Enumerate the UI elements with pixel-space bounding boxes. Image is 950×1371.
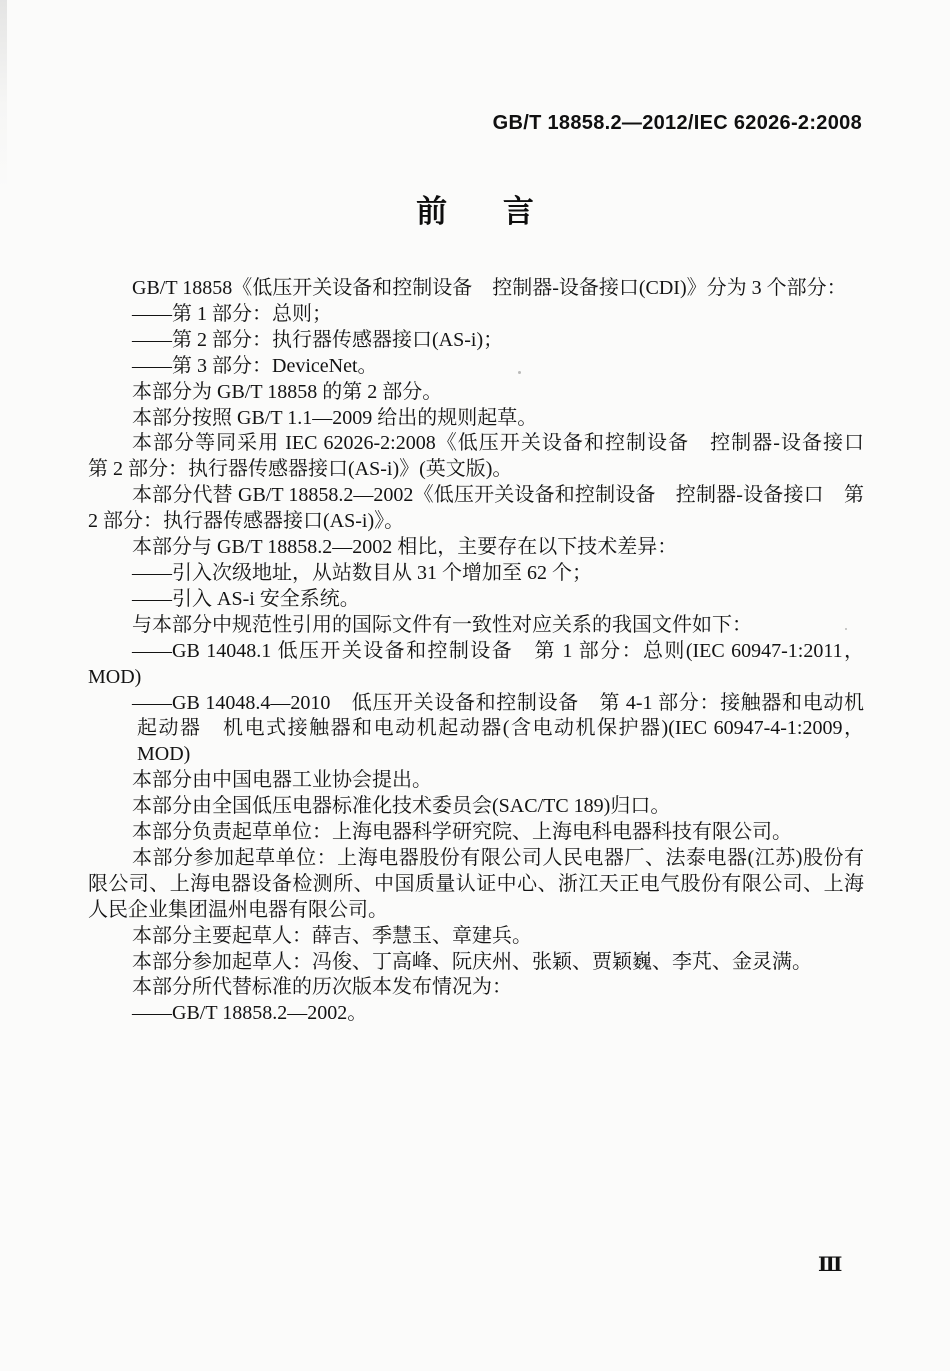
paragraph: 本部分为 GB/T 18858 的第 2 部分。: [88, 380, 864, 406]
scan-artifact: [0, 0, 7, 190]
paragraph: 本部分参加起草人：冯俊、丁高峰、阮庆州、张颖、贾颖巍、李芃、金灵满。: [88, 950, 864, 976]
foreword-title: 前言: [360, 186, 589, 231]
paragraph: ——引入次级地址，从站数目从 31 个增加至 62 个；: [88, 561, 864, 587]
paragraph: 本部分由全国低压电器标准化技术委员会(SAC/TC 189)归口。: [88, 794, 864, 820]
paragraph: ——第 2 部分：执行器传感器接口(AS-i)；: [88, 328, 864, 354]
paragraph: 本部分由中国电器工业协会提出。: [88, 768, 864, 794]
paragraph: ——第 1 部分：总则；: [88, 302, 864, 328]
paragraph: ——第 3 部分：DeviceNet。: [88, 354, 864, 380]
foreword-title-row: 前言: [0, 186, 950, 231]
paragraph: ——GB 14048.4—2010 低压开关设备和控制设备 第 4-1 部分：接…: [88, 691, 864, 769]
paragraph: 本部分所代替标准的历次版本发布情况为：: [88, 975, 864, 1001]
paragraph: 本部分代替 GB/T 18858.2—2002《低压开关设备和控制设备 控制器-…: [88, 483, 864, 535]
foreword-body: GB/T 18858《低压开关设备和控制设备 控制器-设备接口(CDI)》分为 …: [88, 276, 864, 1027]
paragraph: GB/T 18858《低压开关设备和控制设备 控制器-设备接口(CDI)》分为 …: [88, 276, 864, 302]
paragraph: 本部分主要起草人：薛吉、季慧玉、章建兵。: [88, 924, 864, 950]
paragraph: ——GB/T 18858.2—2002。: [88, 1001, 864, 1027]
standard-number: GB/T 18858.2—2012/IEC 62026-2:2008: [493, 112, 862, 135]
paragraph: 本部分与 GB/T 18858.2—2002 相比，主要存在以下技术差异：: [88, 535, 864, 561]
paragraph: 本部分等同采用 IEC 62026-2:2008《低压开关设备和控制设备 控制器…: [88, 431, 864, 483]
paragraph: 本部分参加起草单位：上海电器股份有限公司人民电器厂、法泰电器(江苏)股份有限公司…: [88, 846, 864, 924]
paragraph: 本部分负责起草单位：上海电器科学研究院、上海电科电器科技有限公司。: [88, 820, 864, 846]
paragraph: 本部分按照 GB/T 1.1—2009 给出的规则起草。: [88, 406, 864, 432]
paragraph: ——GB 14048.1 低压开关设备和控制设备 第 1 部分：总则(IEC 6…: [88, 639, 864, 691]
document-page: GB/T 18858.2—2012/IEC 62026-2:2008 前言 GB…: [0, 0, 950, 1371]
paragraph: 与本部分中规范性引用的国际文件有一致性对应关系的我国文件如下：: [88, 613, 864, 639]
paragraph: ——引入 AS-i 安全系统。: [88, 587, 864, 613]
page-number: Ⅲ: [818, 1252, 842, 1277]
